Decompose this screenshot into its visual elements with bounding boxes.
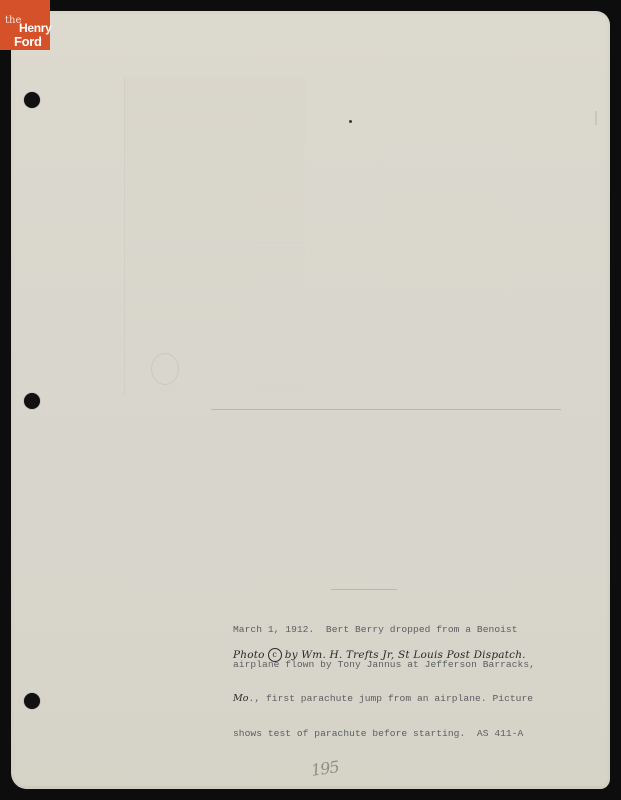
faded-mark: [151, 353, 179, 385]
page-number: 195: [310, 757, 340, 780]
caption-separator-line: [331, 589, 397, 590]
copyright-icon: c: [268, 648, 282, 662]
ink-dot: [349, 120, 352, 123]
caption-line-3-text: ., first parachute jump from an airplane…: [249, 693, 534, 704]
caption-line-4: shows test of parachute before starting.…: [233, 728, 563, 740]
handwritten-credit: Photocby Wm. H. Trefts Jr, St Louis Post…: [233, 648, 526, 662]
credit-text: by Wm. H. Trefts Jr, St Louis Post Dispa…: [285, 649, 526, 661]
logo-ford: Ford: [14, 35, 42, 48]
document-viewer: the Henry Ford March 1, 1912. Bert Berry…: [0, 0, 621, 800]
handwritten-state-correction: Mo: [233, 693, 249, 704]
henry-ford-logo[interactable]: the Henry Ford: [0, 0, 50, 50]
hole-punch-bottom: [24, 693, 40, 709]
faded-photo-outline: [124, 77, 305, 397]
photo-edge-line: [211, 409, 561, 410]
caption-line-3: Mo., first parachute jump from an airpla…: [233, 693, 563, 705]
hole-punch-top: [24, 92, 40, 108]
hole-punch-middle: [24, 393, 40, 409]
logo-henry: Henry: [19, 22, 52, 34]
caption-line-1: March 1, 1912. Bert Berry dropped from a…: [233, 624, 563, 636]
credit-prefix: Photo: [233, 649, 265, 661]
typed-caption: March 1, 1912. Bert Berry dropped from a…: [233, 601, 563, 762]
faded-pin-mark: [595, 111, 597, 125]
